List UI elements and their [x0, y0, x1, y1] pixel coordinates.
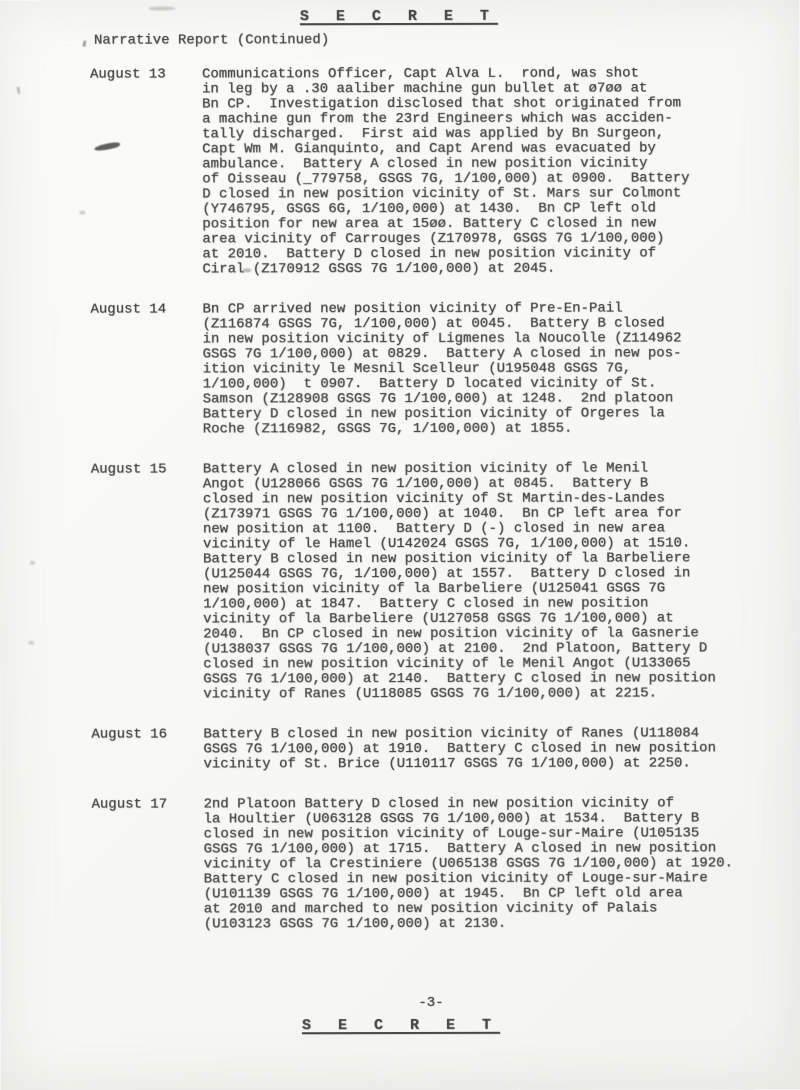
- page-title: Narrative Report (Continued): [94, 32, 329, 48]
- entry-text: Bn CP arrived new position vicinity of P…: [202, 301, 767, 437]
- log-entry: August 13 Communications Officer, Capt A…: [0, 66, 799, 278]
- scan-artifact: [82, 40, 86, 46]
- entry-date: August 13: [90, 67, 202, 277]
- document-page: S E C R E T Narrative Report (Continued)…: [0, 0, 800, 1090]
- log-entry: August 16 Battery B closed in new positi…: [0, 726, 800, 773]
- entry-date: August 16: [91, 727, 203, 772]
- entry-date: August 17: [92, 797, 204, 932]
- entry-text: Communications Officer, Capt Alva L. ron…: [202, 66, 767, 277]
- classification-footer: S E C R E T: [1, 1016, 800, 1035]
- entry-text: 2nd Platoon Battery D closed in new posi…: [204, 796, 769, 932]
- entry-date: August 15: [91, 462, 204, 702]
- classification-header: S E C R E T: [0, 7, 799, 26]
- log-entry: August 17 2nd Platoon Battery D closed i…: [1, 796, 800, 933]
- page-number: -3-: [1, 994, 800, 1012]
- log-entry: August 15 Battery A closed in new positi…: [0, 461, 800, 703]
- log-entry: August 14 Bn CP arrived new position vic…: [0, 301, 800, 438]
- entry-text: Battery A closed in new position vicinit…: [203, 461, 769, 702]
- entries-list: August 13 Communications Officer, Capt A…: [0, 66, 800, 958]
- entry-text: Battery B closed in new position vicinit…: [203, 726, 768, 772]
- entry-date: August 14: [90, 302, 202, 437]
